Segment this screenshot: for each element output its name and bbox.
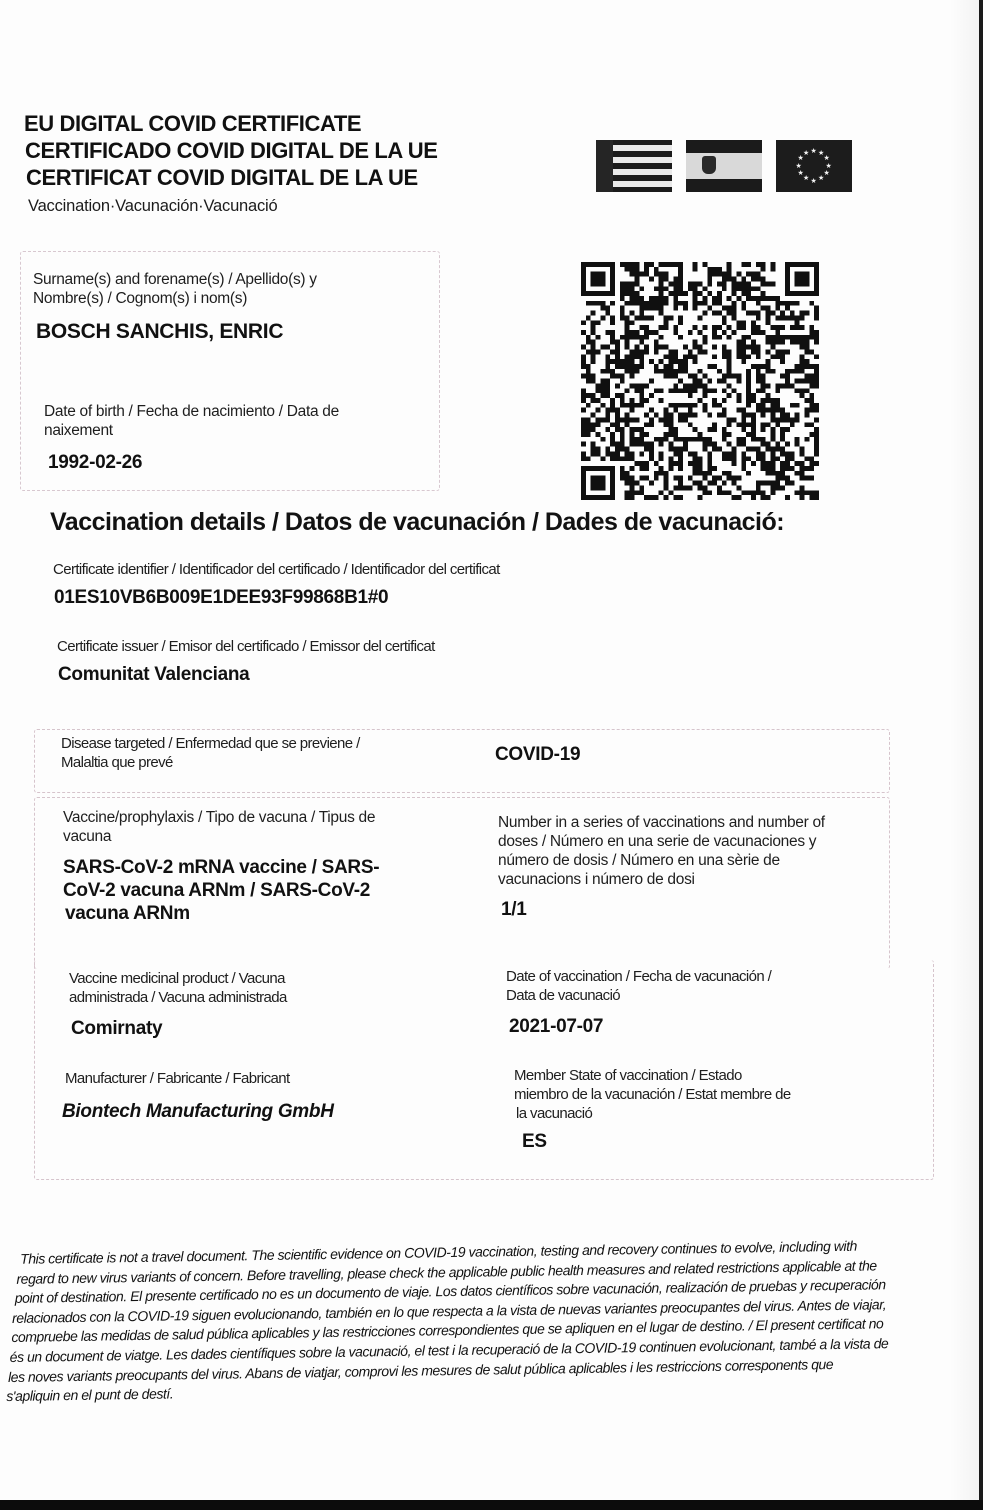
vaccination-date-label-2: Data de vacunació (506, 986, 771, 1005)
product-label-1: Vaccine medicinal product / Vacuna (69, 969, 287, 988)
dose-label-3: número de dosis / Número en una sèrie de (498, 851, 825, 870)
flags: ★★★★★★★★★★★★ (596, 140, 852, 192)
member-state-label-2: miembro de la vacunación / Estat membre … (514, 1085, 791, 1104)
title-es: CERTIFICADO COVID DIGITAL DE LA UE (25, 137, 438, 164)
holder-name-label: Surname(s) and forename(s) / Apellido(s)… (33, 270, 317, 289)
holder-name: BOSCH SANCHIS, ENRIC (36, 320, 317, 344)
vaccine-type-2: CoV-2 vacuna ARNm / SARS-CoV-2 (63, 879, 379, 902)
disease-label-2: Malaltia que prevé (61, 753, 360, 772)
certificate-type: Vaccination·Vacunación·Vacunació (28, 197, 438, 216)
dose-value: 1/1 (501, 899, 825, 921)
issuer: Comunitat Valenciana (58, 664, 435, 686)
manufacturer-field: Manufacturer / Fabricante / Fabricant Bi… (65, 1069, 334, 1123)
member-state-value: ES (522, 1131, 791, 1153)
page-edge-bottom (0, 1500, 983, 1510)
spain-flag-icon (686, 140, 762, 192)
vaccine-type-1: SARS-CoV-2 mRNA vaccine / SARS- (63, 856, 379, 879)
eu-flag-icon: ★★★★★★★★★★★★ (776, 140, 852, 192)
comunitat-valenciana-flag-icon (596, 140, 672, 192)
manufacturer-value: Biontech Manufacturing GmbH (62, 1101, 334, 1123)
dob-label: Date of birth / Fecha de nacimiento / Da… (44, 402, 339, 421)
vaccination-date: 2021-07-07 (509, 1016, 771, 1038)
vaccination-date-label-1: Date of vaccination / Fecha de vacunació… (506, 967, 771, 986)
dose-label-1: Number in a series of vaccinations and n… (498, 813, 825, 832)
vaccine-type-label-2: vacuna (63, 827, 379, 846)
holder-name-field: Surname(s) and forename(s) / Apellido(s)… (33, 270, 317, 344)
member-state-field: Member State of vaccination / Estado mie… (514, 1066, 791, 1153)
dose-label-4: vacunacions i número de dosi (498, 870, 825, 889)
vaccination-details-title: Vaccination details / Datos de vacunació… (50, 508, 784, 537)
qr-code-icon (580, 262, 820, 500)
disease-label: Disease targeted / Enfermedad que se pre… (61, 734, 360, 753)
issuer-label: Certificate issuer / Emisor del certific… (57, 637, 435, 656)
vaccine-type-3: vacuna ARNm (65, 902, 379, 925)
dob-label-2: naixement (44, 421, 339, 440)
product-value: Comirnaty (71, 1018, 287, 1040)
dose-label-2: doses / Número en una serie de vacunacio… (498, 832, 825, 851)
certificate-id-field: Certificate identifier / Identificador d… (53, 560, 500, 609)
dob-field: Date of birth / Fecha de nacimiento / Da… (44, 402, 339, 474)
certificate-id-label: Certificate identifier / Identificador d… (53, 560, 500, 579)
vaccine-type-field: Vaccine/prophylaxis / Tipo de vacuna / T… (63, 808, 379, 925)
disease-field: Disease targeted / Enfermedad que se pre… (61, 734, 360, 772)
member-state-label-3: la vacunació (516, 1104, 791, 1123)
member-state-label-1: Member State of vaccination / Estado (514, 1066, 791, 1085)
product-label-2: administrada / Vacuna administrada (69, 988, 287, 1007)
issuer-field: Certificate issuer / Emisor del certific… (57, 637, 435, 686)
disease-value: COVID-19 (495, 744, 580, 766)
manufacturer-label: Manufacturer / Fabricante / Fabricant (65, 1069, 334, 1088)
certificate-id: 01ES10VB6B009E1DEE93F99868B1#0 (54, 587, 500, 609)
title-en: EU DIGITAL COVID CERTIFICATE (24, 110, 438, 137)
vaccine-type-label: Vaccine/prophylaxis / Tipo de vacuna / T… (63, 808, 379, 827)
disclaimer: This certificate is not a travel documen… (8, 1235, 983, 1407)
certificate-header: EU DIGITAL COVID CERTIFICATE CERTIFICADO… (24, 110, 438, 216)
vaccination-date-field: Date of vaccination / Fecha de vacunació… (506, 967, 771, 1038)
holder-name-label-2: Nombre(s) / Cognom(s) i nom(s) (33, 289, 317, 308)
product-field: Vaccine medicinal product / Vacuna admin… (69, 969, 287, 1040)
dose-field: Number in a series of vaccinations and n… (498, 813, 825, 921)
dob-value: 1992-02-26 (48, 452, 339, 474)
title-ca: CERTIFICAT COVID DIGITAL DE LA UE (26, 164, 438, 191)
